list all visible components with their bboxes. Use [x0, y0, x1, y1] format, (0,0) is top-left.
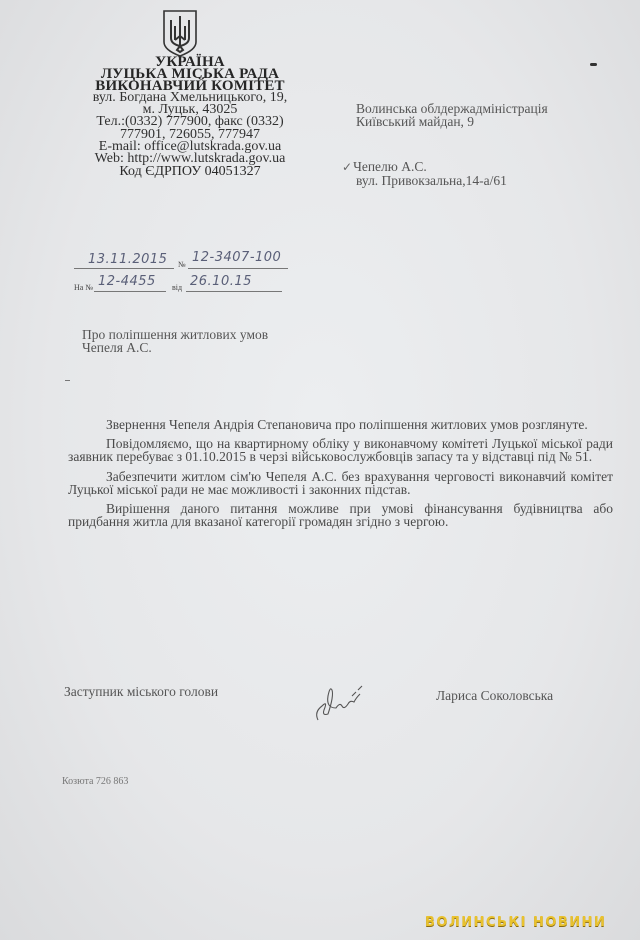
handwritten-signature-icon — [310, 676, 370, 726]
signatory-name: Лариса Соколовська — [436, 688, 553, 704]
recipient-address: Київський майдан, 9 — [356, 115, 548, 128]
ref-number-label: На № — [74, 283, 93, 292]
dash-mark — [65, 380, 70, 381]
paragraph: Звернення Чепеля Андрія Степановича про … — [68, 418, 613, 431]
ref-date-label: від — [172, 283, 182, 292]
ref-date: 26.10.15 — [190, 274, 252, 289]
subject-name: Чепеля А.С. — [82, 341, 268, 354]
paragraph: Повідомляємо, що на квартирному обліку у… — [68, 437, 613, 463]
letter-subject: Про поліпшення житлових умов Чепеля А.С. — [82, 328, 268, 354]
executor-note: Козюта 726 863 — [62, 776, 128, 787]
registration-date: 13.11.2015 — [88, 252, 167, 267]
watermark-logo: ВОЛИНСЬКІ НОВИНИ — [425, 915, 606, 930]
registration-number: 12-3407-100 — [192, 250, 281, 265]
ink-speck — [590, 63, 597, 66]
number-underline — [188, 268, 288, 269]
number-label: № — [178, 260, 186, 269]
paragraph: Забезпечити житлом сім'ю Чепеля А.С. без… — [68, 470, 613, 496]
checkmark-icon: ✓ — [342, 160, 352, 174]
ref-date-underline — [186, 291, 282, 292]
ref-number-underline — [94, 291, 166, 292]
recipient-applicant: ✓Чепелю А.С. вул. Привокзальна,14-а/61 — [342, 160, 507, 187]
document-page: УКРАЇНА ЛУЦЬКА МІСЬКА РАДА ВИКОНАВЧИЙ КО… — [0, 0, 640, 940]
recipient-name: Чепелю А.С. — [353, 159, 427, 174]
edrpou-code: Код ЄДРПОУ 04051327 — [60, 165, 320, 178]
ref-number: 12-4455 — [98, 274, 156, 289]
recipient-regional-admin: Волинська облдержадміністрація Київський… — [356, 102, 548, 128]
date-underline — [74, 268, 174, 269]
recipient-address: вул. Привокзальна,14-а/61 — [342, 174, 507, 187]
letterhead: УКРАЇНА ЛУЦЬКА МІСЬКА РАДА ВИКОНАВЧИЙ КО… — [60, 56, 320, 178]
signatory-title: Заступник міського голови — [64, 684, 218, 700]
letter-body: Звернення Чепеля Андрія Степановича про … — [68, 418, 613, 534]
trident-coat-of-arms-icon — [160, 8, 200, 58]
paragraph: Вирішення даного питання можливе при умо… — [68, 502, 613, 528]
